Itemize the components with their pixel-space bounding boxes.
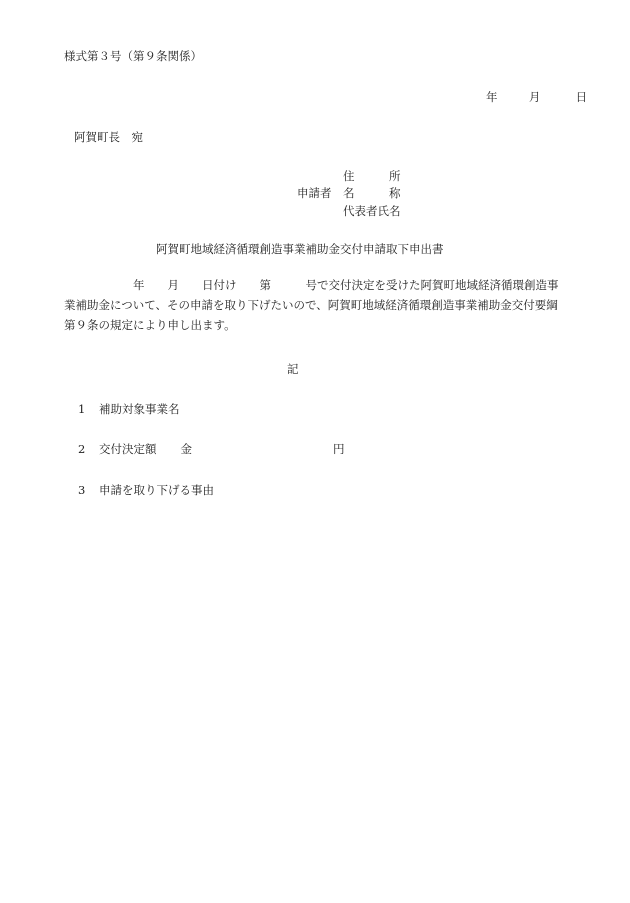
date-month: 月: [529, 92, 541, 104]
item-number: 3: [78, 485, 99, 497]
item-1: 1補助対象事業名: [78, 404, 180, 416]
item-number: 2: [78, 444, 99, 456]
addressee: 阿賀町長 宛: [74, 132, 143, 144]
applicant-label: 申請者: [297, 188, 332, 200]
date-day: 日: [576, 92, 588, 104]
date-line: 年 月 日: [486, 92, 587, 104]
document-title: 阿賀町地域経済循環創造事業補助金交付申請取下申出書: [156, 244, 444, 256]
body-line-2: 業補助金について、その申請を取り下げたいので、阿賀町地域経済循環創造事業補助金交…: [64, 300, 558, 312]
body-line-3: 第９条の規定により申し出ます。: [64, 320, 236, 332]
item-label: 申請を取り下げる事由: [99, 483, 214, 497]
address-label: 住 所: [343, 171, 401, 183]
name-label: 名 称: [343, 188, 401, 200]
date-year: 年: [486, 92, 498, 104]
item-2: 2交付決定額金円: [78, 444, 345, 456]
amount-prefix: 金: [181, 442, 193, 456]
item-label: 補助対象事業名: [99, 402, 180, 416]
item-label: 交付決定額: [99, 442, 157, 456]
ki-heading: 記: [287, 364, 299, 376]
amount-suffix: 円: [333, 442, 345, 456]
item-number: 1: [78, 404, 99, 416]
item-3: 3申請を取り下げる事由: [78, 485, 214, 497]
representative-label: 代表者氏名: [343, 206, 401, 218]
body-line-1: 年 月 日付け 第 号で交付決定を受けた阿賀町地域経済循環創造事: [133, 280, 559, 292]
form-number: 様式第３号（第９条関係）: [64, 51, 202, 63]
